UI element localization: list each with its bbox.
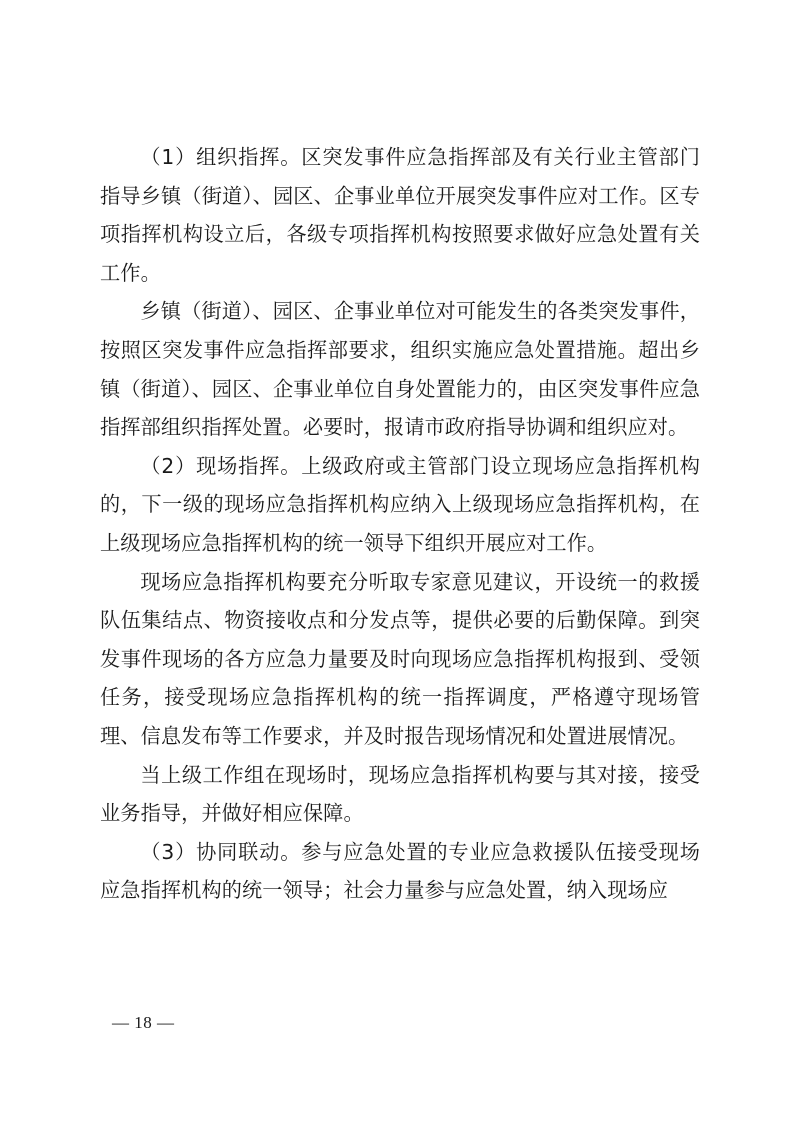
document-body: （1）组织指挥。区突发事件应急指挥部及有关行业主管部门指导乡镇（街道）、园区、企…: [100, 138, 700, 910]
paragraph-onsite-agency-duties: 现场应急指挥机构要充分听取专家意见建议，开设统一的救援队伍集结点、物资接收点和分…: [100, 563, 700, 756]
page-number: — 18 —: [112, 1013, 175, 1033]
paragraph-organize-command: （1）组织指挥。区突发事件应急指挥部及有关行业主管部门指导乡镇（街道）、园区、企…: [100, 138, 700, 292]
paragraph-coordination: （3）协同联动。参与应急处置的专业应急救援队伍接受现场应急指挥机构的统一领导；社…: [100, 833, 700, 910]
paragraph-township-response: 乡镇（街道）、园区、企事业单位对可能发生的各类突发事件，按照区突发事件应急指挥部…: [100, 292, 700, 446]
paragraph-onsite-command: （2）现场指挥。上级政府或主管部门设立现场应急指挥机构的，下一级的现场应急指挥机…: [100, 447, 700, 563]
document-page: （1）组织指挥。区突发事件应急指挥部及有关行业主管部门指导乡镇（街道）、园区、企…: [0, 0, 793, 1122]
paragraph-upper-workgroup: 当上级工作组在现场时，现场应急指挥机构要与其对接，接受业务指导，并做好相应保障。: [100, 756, 700, 833]
